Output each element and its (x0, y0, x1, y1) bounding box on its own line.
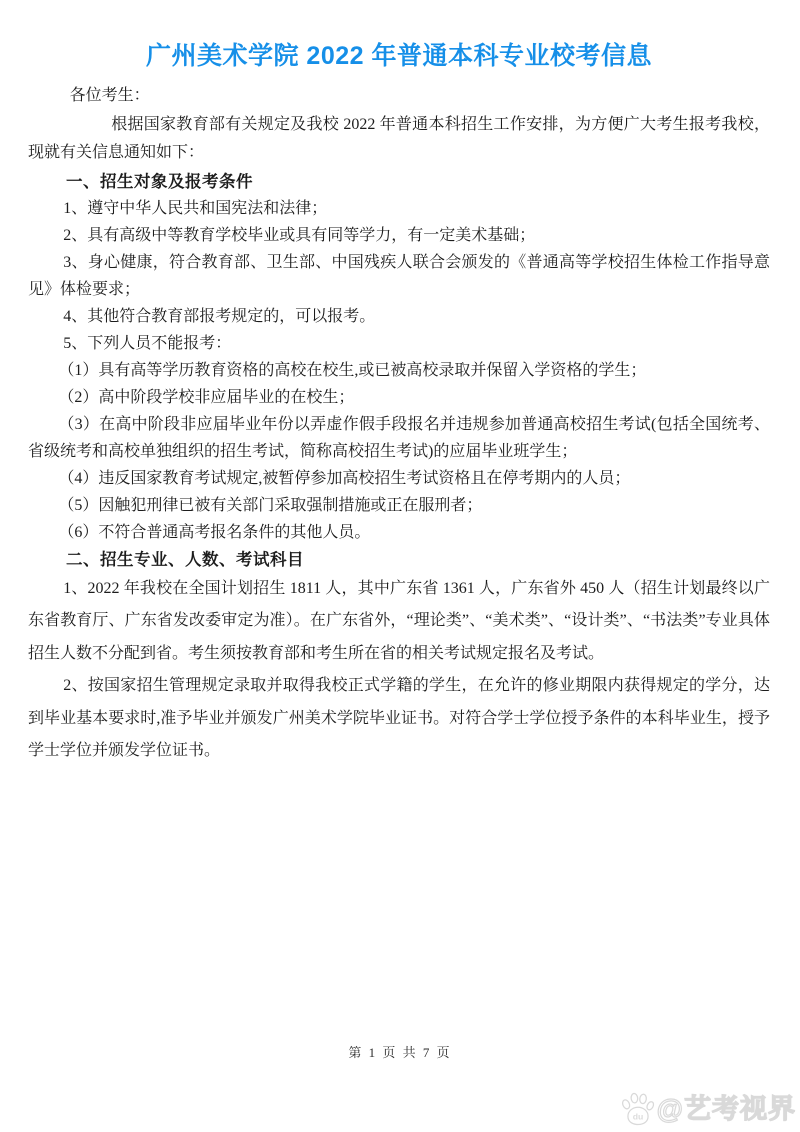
section-2-paragraph-1: 1、2022 年我校在全国计划招生 1811 人，其中广东省 1361 人，广东… (28, 573, 770, 671)
section-2-paragraph-2: 2、按国家招生管理规定录取并取得我校正式学籍的学生，在允许的修业期限内获得规定的… (28, 670, 770, 768)
section-1-item-4: 4、其他符合教育部报考规定的，可以报考。 (28, 303, 770, 330)
section-1-subitem-2: （2）高中阶段学校非应届毕业的在校生； (28, 384, 770, 411)
page-title: 广州美术学院 2022 年普通本科专业校考信息 (28, 40, 770, 72)
section-1-item-2: 2、具有高级中等教育学校毕业或具有同等学力，有一定美术基础； (28, 222, 770, 249)
section-2-heading: 二、招生专业、人数、考试科目 (28, 546, 770, 573)
greeting-line: 各位考生： (28, 82, 770, 111)
paw-du-label: du (632, 1111, 643, 1121)
section-1-item-5: 5、下列人员不能报考： (28, 330, 770, 357)
section-1-subitem-4: （4）违反国家教育考试规定,被暂停参加高校招生考试资格且在停考期内的人员； (28, 465, 770, 492)
section-1-subitem-5: （5）因触犯刑律已被有关部门采取强制措施或正在服刑者； (28, 492, 770, 519)
intro-paragraph: 根据国家教育部有关规定及我校 2022 年普通本科招生工作安排，为方便广大考生报… (28, 111, 770, 168)
watermark-text: @艺考视界 (657, 1092, 796, 1126)
section-1-subitem-6: （6）不符合普通高考报名条件的其他人员。 (28, 519, 770, 546)
baidu-paw-icon: du (620, 1092, 656, 1126)
section-1-item-3: 3、身心健康，符合教育部、卫生部、中国残疾人联合会颁发的《普通高等学校招生体检工… (28, 249, 770, 303)
page-body: 广州美术学院 2022 年普通本科专业校考信息 各位考生： 根据国家教育部有关规… (0, 0, 800, 1132)
section-1-item-1: 1、遵守中华人民共和国宪法和法律； (28, 195, 770, 222)
document-page: { "document": { "title": "广州美术学院 2022 年普… (0, 0, 800, 1132)
section-1-subitem-3: （3）在高中阶段非应届毕业年份以弄虚作假手段报名并违规参加普通高校招生考试(包括… (28, 411, 770, 465)
page-number-indicator: 第 1 页 共 7 页 (0, 1042, 800, 1061)
watermark: du @艺考视界 (620, 1092, 796, 1126)
section-1-subitem-1: （1）具有高等学历教育资格的高校在校生,或已被高校录取并保留入学资格的学生； (28, 357, 770, 384)
section-1-heading: 一、招生对象及报考条件 (28, 168, 770, 195)
